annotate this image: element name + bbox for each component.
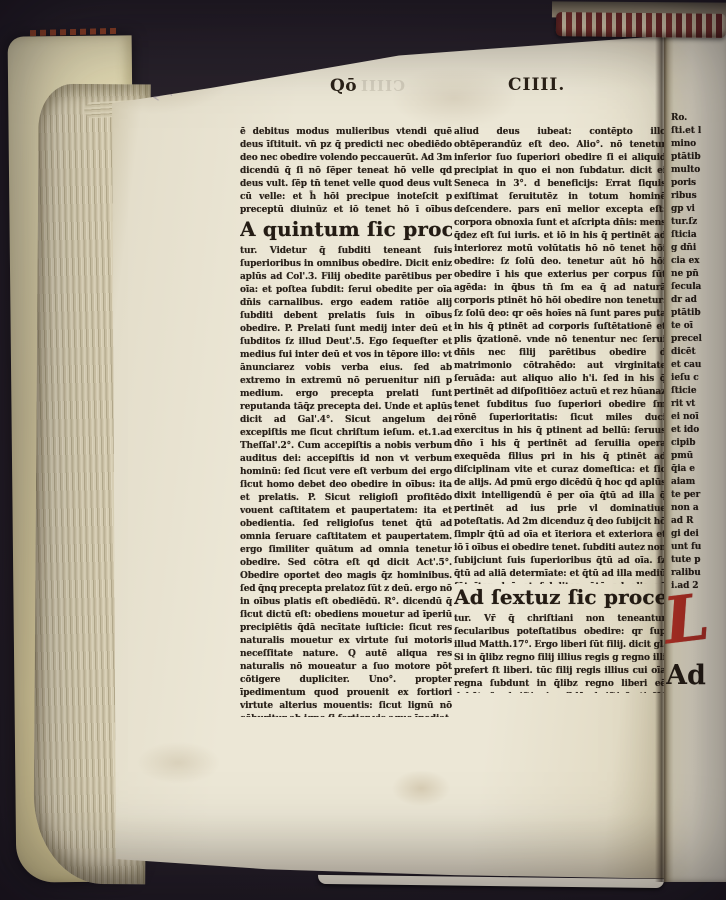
text-column-right: aliud deus iubeat: contēpto illo obtēper… — [454, 126, 666, 720]
running-head-signature: Qō — [330, 76, 357, 96]
facing-page-text-fragments: Ro. ſti.et l mino ptātib multo poris rib… — [671, 112, 726, 590]
left-page: 148 CIIII Qō CIIII. ē debitus modus muli… — [112, 30, 664, 882]
book-photo: 148 CIIII Qō CIIII. ē debitus modus muli… — [0, 0, 726, 900]
text-column-left: ē debitus modus mulieribus vtendi quē de… — [240, 126, 452, 720]
section-heading-sextum: Ad ſextuz ſic procedi — [454, 584, 666, 613]
facing-heading-fragment: Ad — [666, 660, 726, 691]
running-head-folio: CIIII. — [508, 75, 565, 95]
column-text-body: tur. Videtur q̄ ſubditi teneant ſuis ſup… — [240, 245, 452, 717]
section-heading-quintum: A quintum ſic procedi — [240, 216, 452, 245]
gutter-fold-shadow — [655, 18, 667, 882]
column-text-body: aliud deus iubeat: contēpto illo obtēper… — [454, 126, 666, 584]
headband — [556, 12, 726, 38]
column-text-intro: ē debitus modus mulieribus vtendi quē de… — [240, 126, 452, 216]
column-text-body: tur. Vr̄ q̄ chriſtiani non teneantur ſec… — [454, 613, 666, 693]
rubricated-initial: L — [660, 585, 712, 654]
facing-page-edge: Ro. ſti.et l mino ptātib multo poris rib… — [664, 20, 726, 882]
show-through-text: CIIII — [360, 77, 405, 95]
